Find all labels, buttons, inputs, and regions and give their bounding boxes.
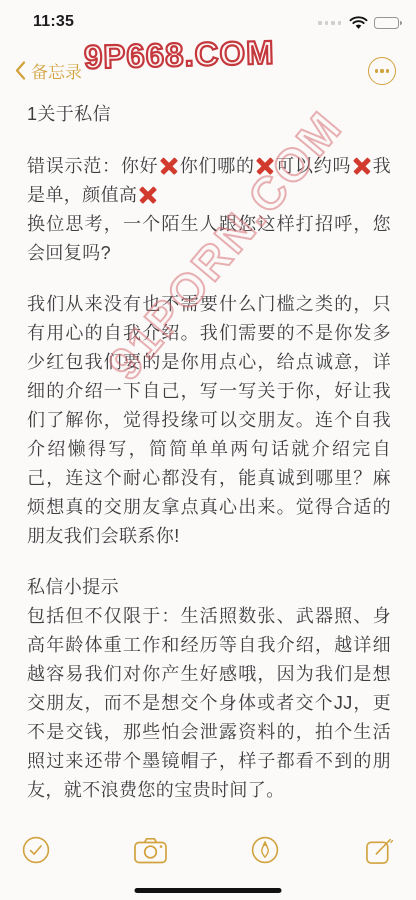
battery-icon bbox=[374, 17, 402, 29]
checklist-button[interactable] bbox=[18, 832, 54, 868]
red-x-icon bbox=[160, 157, 177, 174]
camera-icon bbox=[134, 837, 167, 864]
camera-button[interactable] bbox=[133, 832, 169, 868]
red-x-icon bbox=[353, 157, 370, 174]
back-label: 备忘录 bbox=[31, 58, 82, 83]
note-body[interactable]: 1关于私信 错误示范：你好你们哪的可以约吗我是单，颜值高换位思考，一个陌生人跟您… bbox=[27, 100, 391, 827]
checkmark-circle-icon bbox=[22, 836, 50, 864]
note-paragraph-tips: 私信小提示包括但不仅限于：生活照数张、武器照、身高年龄体重工作和经历等自我介绍，… bbox=[27, 573, 391, 805]
note-paragraph-wrong-examples: 错误示范：你好你们哪的可以约吗我是单，颜值高换位思考，一个陌生人跟您这样打招呼，… bbox=[27, 152, 391, 268]
notes-app-screen: 11:35 备忘录 9P668.COM 91PORN.COM bbox=[0, 0, 416, 900]
ellipsis-icon bbox=[375, 69, 378, 72]
markup-button[interactable] bbox=[247, 832, 283, 868]
nav-bar: 备忘录 bbox=[0, 50, 416, 96]
red-x-icon bbox=[257, 157, 274, 174]
more-options-button[interactable] bbox=[368, 57, 396, 85]
compose-button[interactable] bbox=[362, 832, 398, 868]
home-indicator[interactable] bbox=[135, 888, 282, 893]
status-bar: 11:35 bbox=[0, 0, 416, 44]
markup-pen-icon bbox=[251, 836, 279, 864]
wifi-icon bbox=[349, 16, 368, 30]
compose-icon bbox=[365, 836, 394, 865]
back-button[interactable]: 备忘录 bbox=[14, 58, 82, 83]
note-title: 1关于私信 bbox=[27, 100, 391, 129]
cellular-signal-icon bbox=[318, 21, 341, 25]
status-time: 11:35 bbox=[33, 13, 74, 31]
note-paragraph-sincerity: 我们从来没有也不需要什么门槛之类的，只有用心的自我介绍。我们需要的不是你发多少红… bbox=[27, 290, 391, 551]
chevron-left-icon bbox=[14, 60, 26, 81]
red-x-icon bbox=[139, 186, 156, 203]
bottom-toolbar bbox=[0, 828, 416, 872]
